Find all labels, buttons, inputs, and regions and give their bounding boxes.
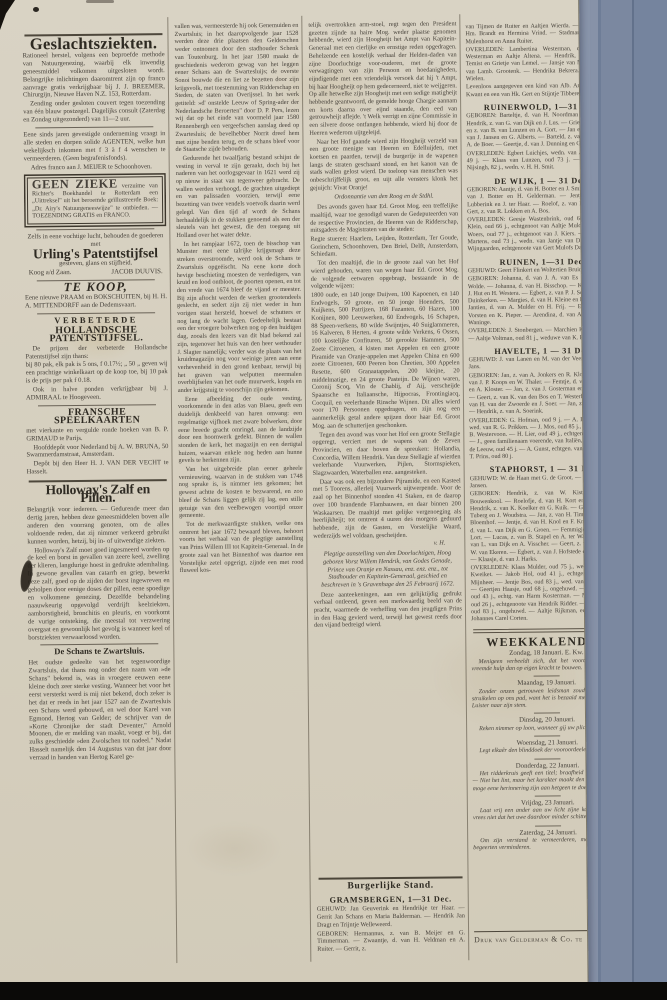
article-body: Daar was ook een bijzondere Pijramide, e… (313, 477, 462, 540)
town-header-ruinerwold: RUINERWOLD, 1—31 Dec. (466, 103, 589, 112)
ad-headline-holloway: Holloway's Zalf en Pillen. (27, 485, 169, 502)
registry-entry: GEBOREN: Hendrik, z. van W. Kisteman en … (470, 490, 589, 564)
weekkalender-header: WEEKKALENDER (471, 638, 588, 647)
day-header-donderdag: Donderdag, 22 Januari. (472, 761, 588, 770)
section-separator (473, 627, 589, 633)
split-left: Koog a/d Zaan. (29, 269, 72, 277)
paper-speck (33, 7, 39, 12)
article-body: Van het uitgebreide plan eener geheele v… (179, 465, 304, 520)
article-body: Eene afbeelding der oude vesting, voorko… (178, 395, 303, 466)
registry-entry: OVERLEDEN: J. Stonbergen. — Marchien Kle… (468, 327, 588, 343)
registry-entry: OVERLEDEN: Klaas Mulder, oud 75 j., wedn… (471, 564, 589, 624)
ad-body: Hoofddepôt voor Nederland bij A. W. BRUN… (26, 443, 168, 460)
registry-entry: OVERLEDEN: Lambertina Westerman, d. van … (466, 46, 589, 84)
registry-and-calendar-column-section: Druk van Gelderman & Co. te (474, 925, 589, 944)
section-separator (319, 876, 463, 879)
article-column-aanstelling-section: telijk overtrokken arm-stoel, regt tegen… (308, 20, 464, 873)
ad-body: De prijzen der verbeterde Hollandsche Pa… (25, 344, 167, 361)
registry-entry: GEHUWD: Jan Geuverink en Hendrikje ter H… (317, 905, 465, 930)
day-separator (535, 795, 561, 796)
town-header-ruinen: RUINEN, 1—31 Dec, (468, 257, 589, 266)
burgerlijke-stand-header: Burgerlijke Stand. (317, 882, 465, 891)
day-proverb: Het ridderkruis geeft een titel; braafhe… (473, 770, 589, 793)
ad-separator (35, 126, 153, 128)
day-header-woensdag: Woensdag, 21 Januari. (472, 739, 588, 748)
citation-block: Plegtige aanstelling van den Doorluchtig… (319, 549, 455, 589)
article-body: Des avonds gaven haar Ed. Groot Mog. een… (310, 202, 458, 234)
day-separator (535, 825, 561, 826)
article-body: 1800 oude, en 140 jonge Duijven, 100 Kap… (311, 290, 460, 430)
registry-entry: OVERLEDEN: G. Hofman, oud 9 j. — A. Bult… (469, 416, 589, 461)
article-signature: v. H. (313, 540, 461, 549)
scan-smudge (86, 0, 114, 3)
ad-signature-line: Koog a/d Zaan.JACOB DUUVIS. (25, 268, 167, 277)
ordonnantie-line: Ordonnantie van den Roog en de Stdhl. (316, 193, 452, 202)
ad-body: Eene nieuwe PRAAM en BOKSCHUITEN, bij H.… (25, 293, 167, 310)
registry-entry: GEBOREN: Hermannus, z. van B. Meijer en … (317, 929, 465, 954)
scan-black-band (0, 982, 667, 1000)
article-body: Gedurende het twaalfjarig bestand schijn… (176, 154, 301, 240)
advertising-column-section: Geslachtsziekten.Rationeel herstel, volg… (22, 29, 171, 763)
registry-entry: OVERLEDEN: Geesje Wastenbrink, oud 68 j.… (467, 216, 588, 254)
ad-headline-urlings: Urling's Patentstijfsel (25, 250, 167, 259)
article-body: vallen was, vermeesterde hij ook Genemui… (174, 22, 299, 154)
registry-and-calendar-column-section: van Tijmen de Ruiter en Aaltjen Wierda. … (465, 23, 588, 926)
town-header-havelte: HAVELTE, 1 — 31 Dec. (468, 347, 588, 356)
registry-entry: van Tijmen de Ruiter en Aaltjen Wierda. … (465, 23, 588, 46)
ad-body: Belangrijk voor iedereen. — Gedurende me… (27, 505, 169, 546)
article-headline-schans: De Schans te Zwartsluis. (28, 648, 170, 657)
ad-body: Rationeel herstel, volgens een beproefde… (23, 51, 165, 100)
registry-entry: GEBOREN: Barteltje, d. van H. Noordman e… (466, 112, 588, 150)
day-separator (534, 713, 560, 714)
registry-entry: Levenloos aangegeven een kind van Alb. A… (466, 83, 589, 99)
article-body: telijk overtrokken arm-stoel, regt tegen… (308, 20, 457, 137)
article-column-aanstelling: telijk overtrokken arm-stoel, regt tegen… (308, 20, 465, 963)
day-header-vrijdag: Vrijdag, 23 Januari. (473, 799, 589, 808)
ad-body: Zending onder gesloten couvert tegen toe… (23, 99, 165, 124)
ad-body: Eene sinds jaren gevestigde onderneming … (23, 130, 165, 163)
town-header-de-wijk: DE WIJK, 1 — 31 Dec. (467, 176, 589, 185)
day-proverb: Reken nimmer op loon, wanneer gij uw pli… (472, 725, 589, 734)
day-proverb: Om zijn verstand te vermeerderen, moet m… (473, 837, 589, 853)
ad-headline-speelkaarten: FRANSCHE SPEELKAARTEN (26, 408, 168, 425)
article-body: Deze aanteekeningen, aan een gelijktijdi… (314, 590, 462, 630)
article-column-schans-continuation-section: vallen was, vermeesterde hij ook Genemui… (174, 22, 303, 576)
registry-calendar-column: van Tijmen de Ruiter en Aaltjen Wierda. … (465, 23, 588, 960)
split-right: JACOB DUUVIS. (111, 268, 162, 276)
registry-entry: GEHUWD: J. van Lanen en M. van der Veen,… (469, 356, 589, 372)
ad-body: met vierkante en vergulde ronde hoeken v… (26, 426, 168, 443)
ad-headline-geslachtsziekten: Geslachtsziekten. (22, 39, 164, 48)
ad-geen-zieke-box: GEEN ZIEKE verzuime van Richter's Boekha… (27, 176, 163, 224)
ad-body: Depôt bij den Heer H. J. VAN DER VECHT t… (27, 459, 169, 476)
registry-entry: GEHUWD: W. de Haan met G. de Groot. — K.… (470, 474, 589, 490)
ad-body: Adres franco aan J. MEIJER te Schoonhove… (24, 163, 166, 172)
article-body: Regte stueren: Haarlem, Leijden, Rotterd… (310, 234, 458, 259)
article-column-schans: vallen was, vermeesterde hij ook Genemui… (174, 22, 307, 965)
article-body: Tot den maaltijd, die in de groote zaal … (311, 258, 459, 290)
day-separator (534, 735, 560, 736)
article-body: Tot de merkwaardigste stukken, welke ons… (179, 520, 304, 575)
article-body: Tegen den avond was voor het Hof een gro… (312, 430, 460, 478)
article-column-aanstelling-section: Burgerlijke Stand.GRAMSBERGEN, 1—31 Dec.… (317, 872, 466, 954)
town-header-staphorst: STAPHORST, 1 — 31 Dec. (470, 465, 589, 474)
ad-headline-te-koop: TE KOOP, (25, 283, 167, 292)
town-header-gramsbergen: GRAMSBERGEN, 1—31 Dec. (317, 895, 465, 904)
article-body: Het oudste gedeelte van het tegenwoordig… (28, 658, 171, 762)
registry-entry: GEHUWD: Geert Flinkert en Woltertien Bru… (468, 267, 589, 276)
ad-headline-patentstijfsel: HOLLANDSCHE PATENTSTIJFSEL. (25, 326, 167, 343)
advertising-column: Geslachtsziekten.Rationeel herstel, volg… (22, 29, 173, 968)
day-header-dinsdag: Dinsdag, 20 Januari. (472, 716, 589, 725)
ad-body: Ook in halve ponden verkrijgbaar bij J. … (26, 385, 168, 402)
registry-entry: OVERLEDEN: Egbert Luichjes, wedn. van A.… (467, 150, 589, 173)
article-body: In het rampjaar 1672, toen de bisschop v… (176, 240, 301, 395)
day-separator (534, 676, 560, 677)
day-header-zaterdag: Zaterdag, 24 Januari. (473, 828, 589, 837)
registry-entry: GEBOREN: Jan, z. van A. Jonkers en R. Kl… (469, 372, 589, 417)
ad-separator (36, 228, 154, 230)
day-proverb: Legt elkaêr den blinddoek der vooroordee… (472, 747, 588, 756)
day-proverb: Laat vrij een ander aan uw licht zijne k… (473, 807, 589, 823)
article-body: Naar het Hof gaande wierd zijn Hoogheijt… (309, 137, 458, 192)
registry-entry: GEBOREN: Aantje, d. van H. Botter en J. … (467, 186, 589, 217)
registry-entry: GEBOREN: Johanna, d. van J. A. van Es en… (468, 275, 589, 328)
day-separator (534, 758, 560, 759)
day-proverb: Menigeen verbeeldt zich, dat het voordee… (471, 657, 588, 673)
day-proverb: Zonder onzen getrouwen leidsman zouden w… (472, 687, 589, 710)
newspaper-page: Geslachtsziekten.Rationeel herstel, volg… (0, 0, 589, 1000)
ad-body: Holloway's Zalf moet goed ingesmeerd wor… (27, 546, 170, 642)
day-header-maandag: Maandag, 19 Januari. (472, 679, 589, 688)
day-header-zondag: Zondag, 18 Januari. E. Kw. (471, 649, 588, 658)
imprint: Druk van Gelderman & Co. te (474, 930, 589, 944)
ad-body: bij 80 pak, elk pak is 5 ons, f 0.17½; „… (26, 361, 168, 386)
